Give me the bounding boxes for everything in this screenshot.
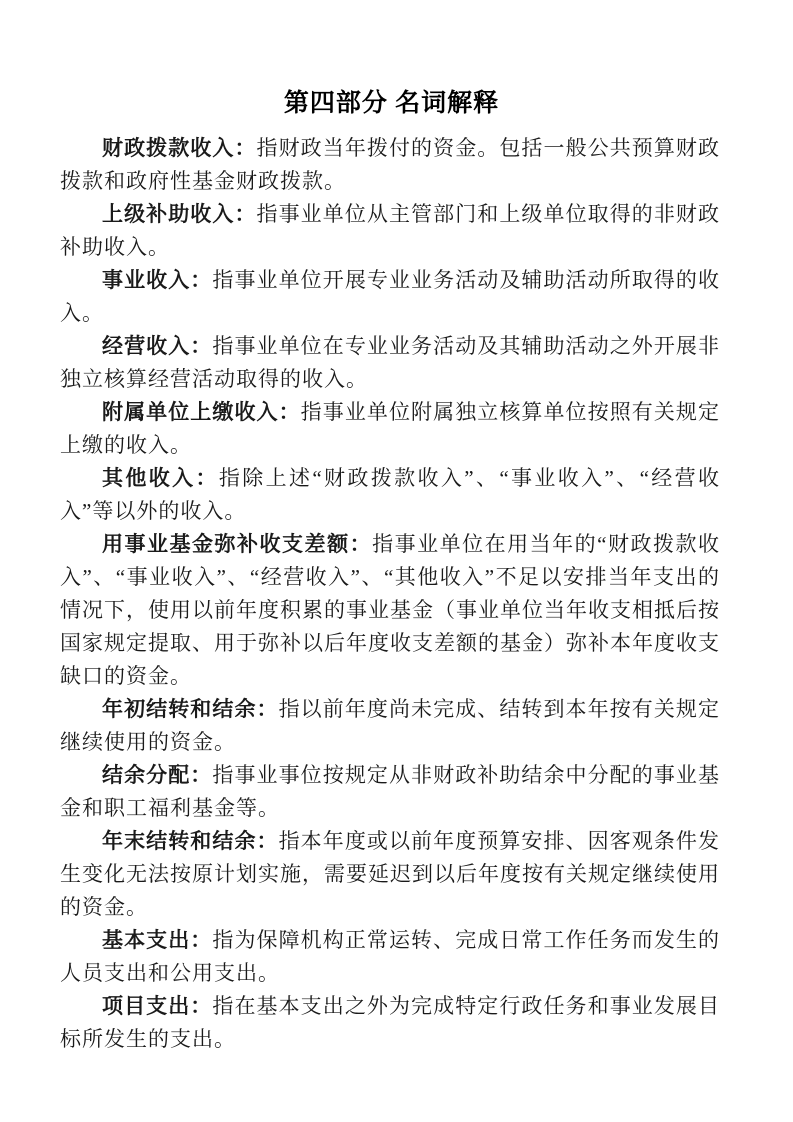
glossary-paragraph: 经营收入：指事业单位在专业业务活动及其辅助活动之外开展非独立核算经营活动取得的收…: [60, 330, 720, 396]
glossary-term: 财政拨款收入：: [102, 136, 257, 160]
glossary-term: 年初结转和结余：: [102, 697, 279, 721]
glossary-term: 结余分配：: [102, 763, 212, 787]
glossary-paragraph: 事业收入：指事业单位开展专业业务活动及辅助活动所取得的收入。: [60, 264, 720, 330]
glossary-term: 年末结转和结余：: [102, 829, 279, 853]
glossary-paragraph: 基本支出：指为保障机构正常运转、完成日常工作任务而发生的人员支出和公用支出。: [60, 924, 720, 990]
glossary-paragraph: 结余分配：指事业事位按规定从非财政补助结余中分配的事业基金和职工福利基金等。: [60, 759, 720, 825]
document-body: 财政拨款收入：指财政当年拨付的资金。包括一般公共预算财政拨款和政府性基金财政拨款…: [60, 132, 720, 1056]
glossary-paragraph: 财政拨款收入：指财政当年拨付的资金。包括一般公共预算财政拨款和政府性基金财政拨款…: [60, 132, 720, 198]
glossary-paragraph: 项目支出：指在基本支出之外为完成特定行政任务和事业发展目标所发生的支出。: [60, 990, 720, 1056]
glossary-term: 其他收入：: [102, 466, 219, 490]
glossary-term: 经营收入：: [102, 334, 212, 358]
glossary-term: 附属单位上缴收入：: [102, 400, 301, 424]
glossary-paragraph: 上级补助收入：指事业单位从主管部门和上级单位取得的非财政补助收入。: [60, 198, 720, 264]
glossary-paragraph: 用事业基金弥补收支差额：指事业单位在用当年的“财政拨款收入”、“事业收入”、“经…: [60, 528, 720, 693]
glossary-paragraph: 其他收入：指除上述“财政拨款收入”、“事业收入”、“经营收入”等以外的收入。: [60, 462, 720, 528]
glossary-paragraph: 年末结转和结余：指本年度或以前年度预算安排、因客观条件发生变化无法按原计划实施，…: [60, 825, 720, 924]
glossary-paragraph: 附属单位上缴收入：指事业单位附属独立核算单位按照有关规定上缴的收入。: [60, 396, 720, 462]
glossary-term: 基本支出：: [102, 928, 212, 952]
glossary-paragraph: 年初结转和结余：指以前年度尚未完成、结转到本年按有关规定继续使用的资金。: [60, 693, 720, 759]
glossary-term: 用事业基金弥补收支差额：: [102, 532, 372, 556]
glossary-term: 事业收入：: [102, 268, 212, 292]
glossary-term: 项目支出：: [102, 994, 212, 1018]
page-title: 第四部分 名词解释: [60, 88, 723, 120]
glossary-term: 上级补助收入：: [102, 202, 257, 226]
document-page: 第四部分 名词解释 财政拨款收入：指财政当年拨付的资金。包括一般公共预算财政拨款…: [0, 0, 793, 1122]
